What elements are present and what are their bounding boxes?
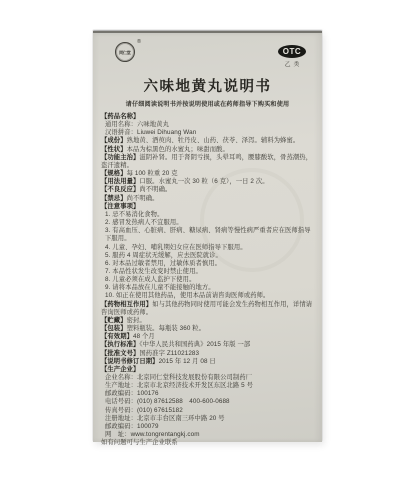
section-label: 【用法用量】 [101,178,139,185]
section-text: 邮政编码：100079 [105,423,159,430]
section-text: 48 个月 [133,333,155,340]
brand-seal-text: 同仁堂 [119,49,130,55]
section-text: 生产地址：北京市北京经济技术开发区东区北路 5 号 [105,382,253,389]
otc-class-label: 乙类 [278,59,306,68]
leaflet-line: 【说明书修订日期】2015 年 12 月 08 日 [101,358,316,366]
tongrentang-logo-icon: 同仁堂 ® [115,42,139,66]
section-label: 【有效期】 [101,333,133,340]
section-label: 【性状】 [101,146,127,153]
leaflet-line: 【成份】熟地黄、酒萸肉、牡丹皮、山药、茯苓、泽泻。辅料为蜂蜜。 [101,137,316,145]
leaflet-subtitle: 请仔细阅读说明书并按说明使用或在药师指导下购买和使用 [93,99,322,108]
leaflet-line: 邮政编码：100079 [101,423,316,431]
section-label: 【成份】 [101,137,127,144]
brand-seal-icon: 同仁堂 [115,42,135,62]
section-text: 汉语拼音：Liuwei Dihuang Wan [105,129,196,136]
section-text: 企业名称：北京同仁堂科技发展股份有限公司制药厂 [105,374,252,381]
leaflet-header: 同仁堂 ® OTC 乙类 [93,33,322,72]
section-text: 9. 请将本品放在儿童不能接触的地方。 [105,284,215,291]
leaflet-line: 【功能主治】滋阴补肾。用于肾阴亏损，头晕耳鸣，腰膝酸软，骨蒸潮热，盗汗遗精。 [101,154,316,170]
leaflet-line: 企业名称：北京同仁堂科技发展股份有限公司制药厂 [101,374,316,382]
leaflet-line: 2. 感冒发热病人不宜服用。 [101,219,316,227]
section-label: 【执行标准】 [101,341,139,348]
otc-badge: OTC 乙类 [278,45,306,68]
leaflet-line: 1. 忌不易消化食物。 [101,211,316,219]
leaflet-line: 5. 服药 4 周症状无缓解，应去医院就诊。 [101,252,316,260]
section-label: 【不良反应】 [101,186,139,193]
section-text: 7. 本品性状发生改变时禁止使用。 [105,268,202,275]
section-text: 网 址：www.tongrentangkj.com [105,431,200,438]
section-text: 5. 服药 4 周症状无缓解，应去医院就诊。 [105,252,222,259]
leaflet-line: 【药物相互作用】如与其他药物同时使用可能会发生药物相互作用，详情请咨询医师或药师… [101,301,316,317]
leaflet-line: 10. 如正在使用其他药品，使用本品前请咨询医师或药师。 [101,292,316,300]
section-label: 【规格】 [101,170,127,177]
section-text: 口服。水蜜丸一次 30 粒（6 克），一日 2 次。 [139,178,268,185]
section-label: 【功能主治】 [101,154,139,161]
section-text: 1. 忌不易消化食物。 [105,211,163,218]
leaflet-body: 【药品名称】通用名称：六味地黄丸汉语拼音：Liuwei Dihuang Wan【… [93,108,322,447]
section-text: 如有问题可与生产企业联系 [101,439,178,446]
section-text: 塑料瓶装。每瓶装 360 粒。 [127,325,205,332]
leaflet-line: 【执行标准】《中华人民共和国药典》2015 年版 一部 [101,341,316,349]
section-label: 【禁忌】 [101,195,127,202]
section-label: 【批准文号】 [101,350,139,357]
section-text: 3. 有高血压、心脏病、肝病、糖尿病、肾病等慢性病严重者应在医师指导下服用。 [105,227,311,242]
section-text: 密封。 [127,317,146,324]
section-text: 本品为棕黑色的水蜜丸；味甜而酸。 [127,146,229,153]
leaflet-line: 7. 本品性状发生改变时禁止使用。 [101,268,316,276]
leaflet-line: 3. 有高血压、心脏病、肝病、糖尿病、肾病等慢性病严重者应在医师指导下服用。 [101,227,316,243]
leaflet-line: 4. 儿童、孕妇、哺乳期妇女应在医师指导下服用。 [101,244,316,252]
section-label: 【药品名称】 [101,113,139,120]
section-text: 《中华人民共和国药典》2015 年版 一部 [139,341,250,348]
leaflet-line: 注册地址：北京市丰台区南三环中路 20 号 [101,415,316,423]
section-text: 4. 儿童、孕妇、哺乳期妇女应在医师指导下服用。 [105,244,247,251]
section-text: 注册地址：北京市丰台区南三环中路 20 号 [105,415,225,422]
otc-oval-icon: OTC [278,45,306,58]
section-label: 【注意事项】 [101,203,139,210]
section-text: 每 100 粒重 20 克 [127,170,178,177]
leaflet-line: 【贮藏】密封。 [101,317,316,325]
photo-background: 同仁堂 ® OTC 乙类 六味地黄丸说明书 请仔细阅读说明书并按说明使用或在药师… [0,0,411,500]
leaflet-line: 【性状】本品为棕黑色的水蜜丸；味甜而酸。 [101,146,316,154]
section-text: 熟地黄、酒萸肉、牡丹皮、山药、茯苓、泽泻。辅料为蜂蜜。 [127,137,300,144]
leaflet-line: 【批准文号】国药准字 Z11021283 [101,350,316,358]
section-text: 通用名称：六味地黄丸 [105,121,169,128]
leaflet-line: 6. 对本品过敏者禁用，过敏体质者慎用。 [101,260,316,268]
leaflet-line: 传真号码：(010) 67615182 [101,407,316,415]
section-text: 传真号码：(010) 67615182 [105,407,183,414]
leaflet-line: 【注意事项】 [101,203,316,211]
section-text: 8. 儿童必须在成人监护下使用。 [105,276,195,283]
leaflet-line: 【药品名称】 [101,113,316,121]
leaflet-line: 【生产企业】 [101,366,316,374]
drug-leaflet: 同仁堂 ® OTC 乙类 六味地黄丸说明书 请仔细阅读说明书并按说明使用或在药师… [93,31,322,442]
leaflet-line: 【不良反应】尚不明确。 [101,186,316,194]
section-label: 【贮藏】 [101,317,127,324]
leaflet-title: 六味地黄丸说明书 [93,75,322,96]
section-text: 尚不明确。 [127,195,159,202]
leaflet-line: 【包装】塑料瓶装。每瓶装 360 粒。 [101,325,316,333]
registered-trademark-icon: ® [137,39,141,45]
section-label: 【说明书修订日期】 [101,358,159,365]
section-label: 【包装】 [101,325,127,332]
leaflet-line: 【禁忌】尚不明确。 [101,195,316,203]
section-label: 【生产企业】 [101,366,139,373]
section-text: 邮政编码：100176 [105,390,159,397]
section-text: 2015 年 12 月 08 日 [159,358,216,365]
section-text: 国药准字 Z11021283 [139,350,199,357]
section-text: 2. 感冒发热病人不宜服用。 [105,219,183,226]
section-text: 6. 对本品过敏者禁用，过敏体质者慎用。 [105,260,221,267]
section-text: 10. 如正在使用其他药品，使用本品前请咨询医师或药师。 [105,292,269,299]
leaflet-line: 如有问题可与生产企业联系 [101,439,316,447]
section-text: 尚不明确。 [139,186,171,193]
section-label: 【药物相互作用】 [101,301,152,308]
leaflet-line: 电话号码：(010) 87612588 400-600-0688 [101,398,316,406]
section-text: 电话号码：(010) 87612588 400-600-0688 [105,398,230,405]
